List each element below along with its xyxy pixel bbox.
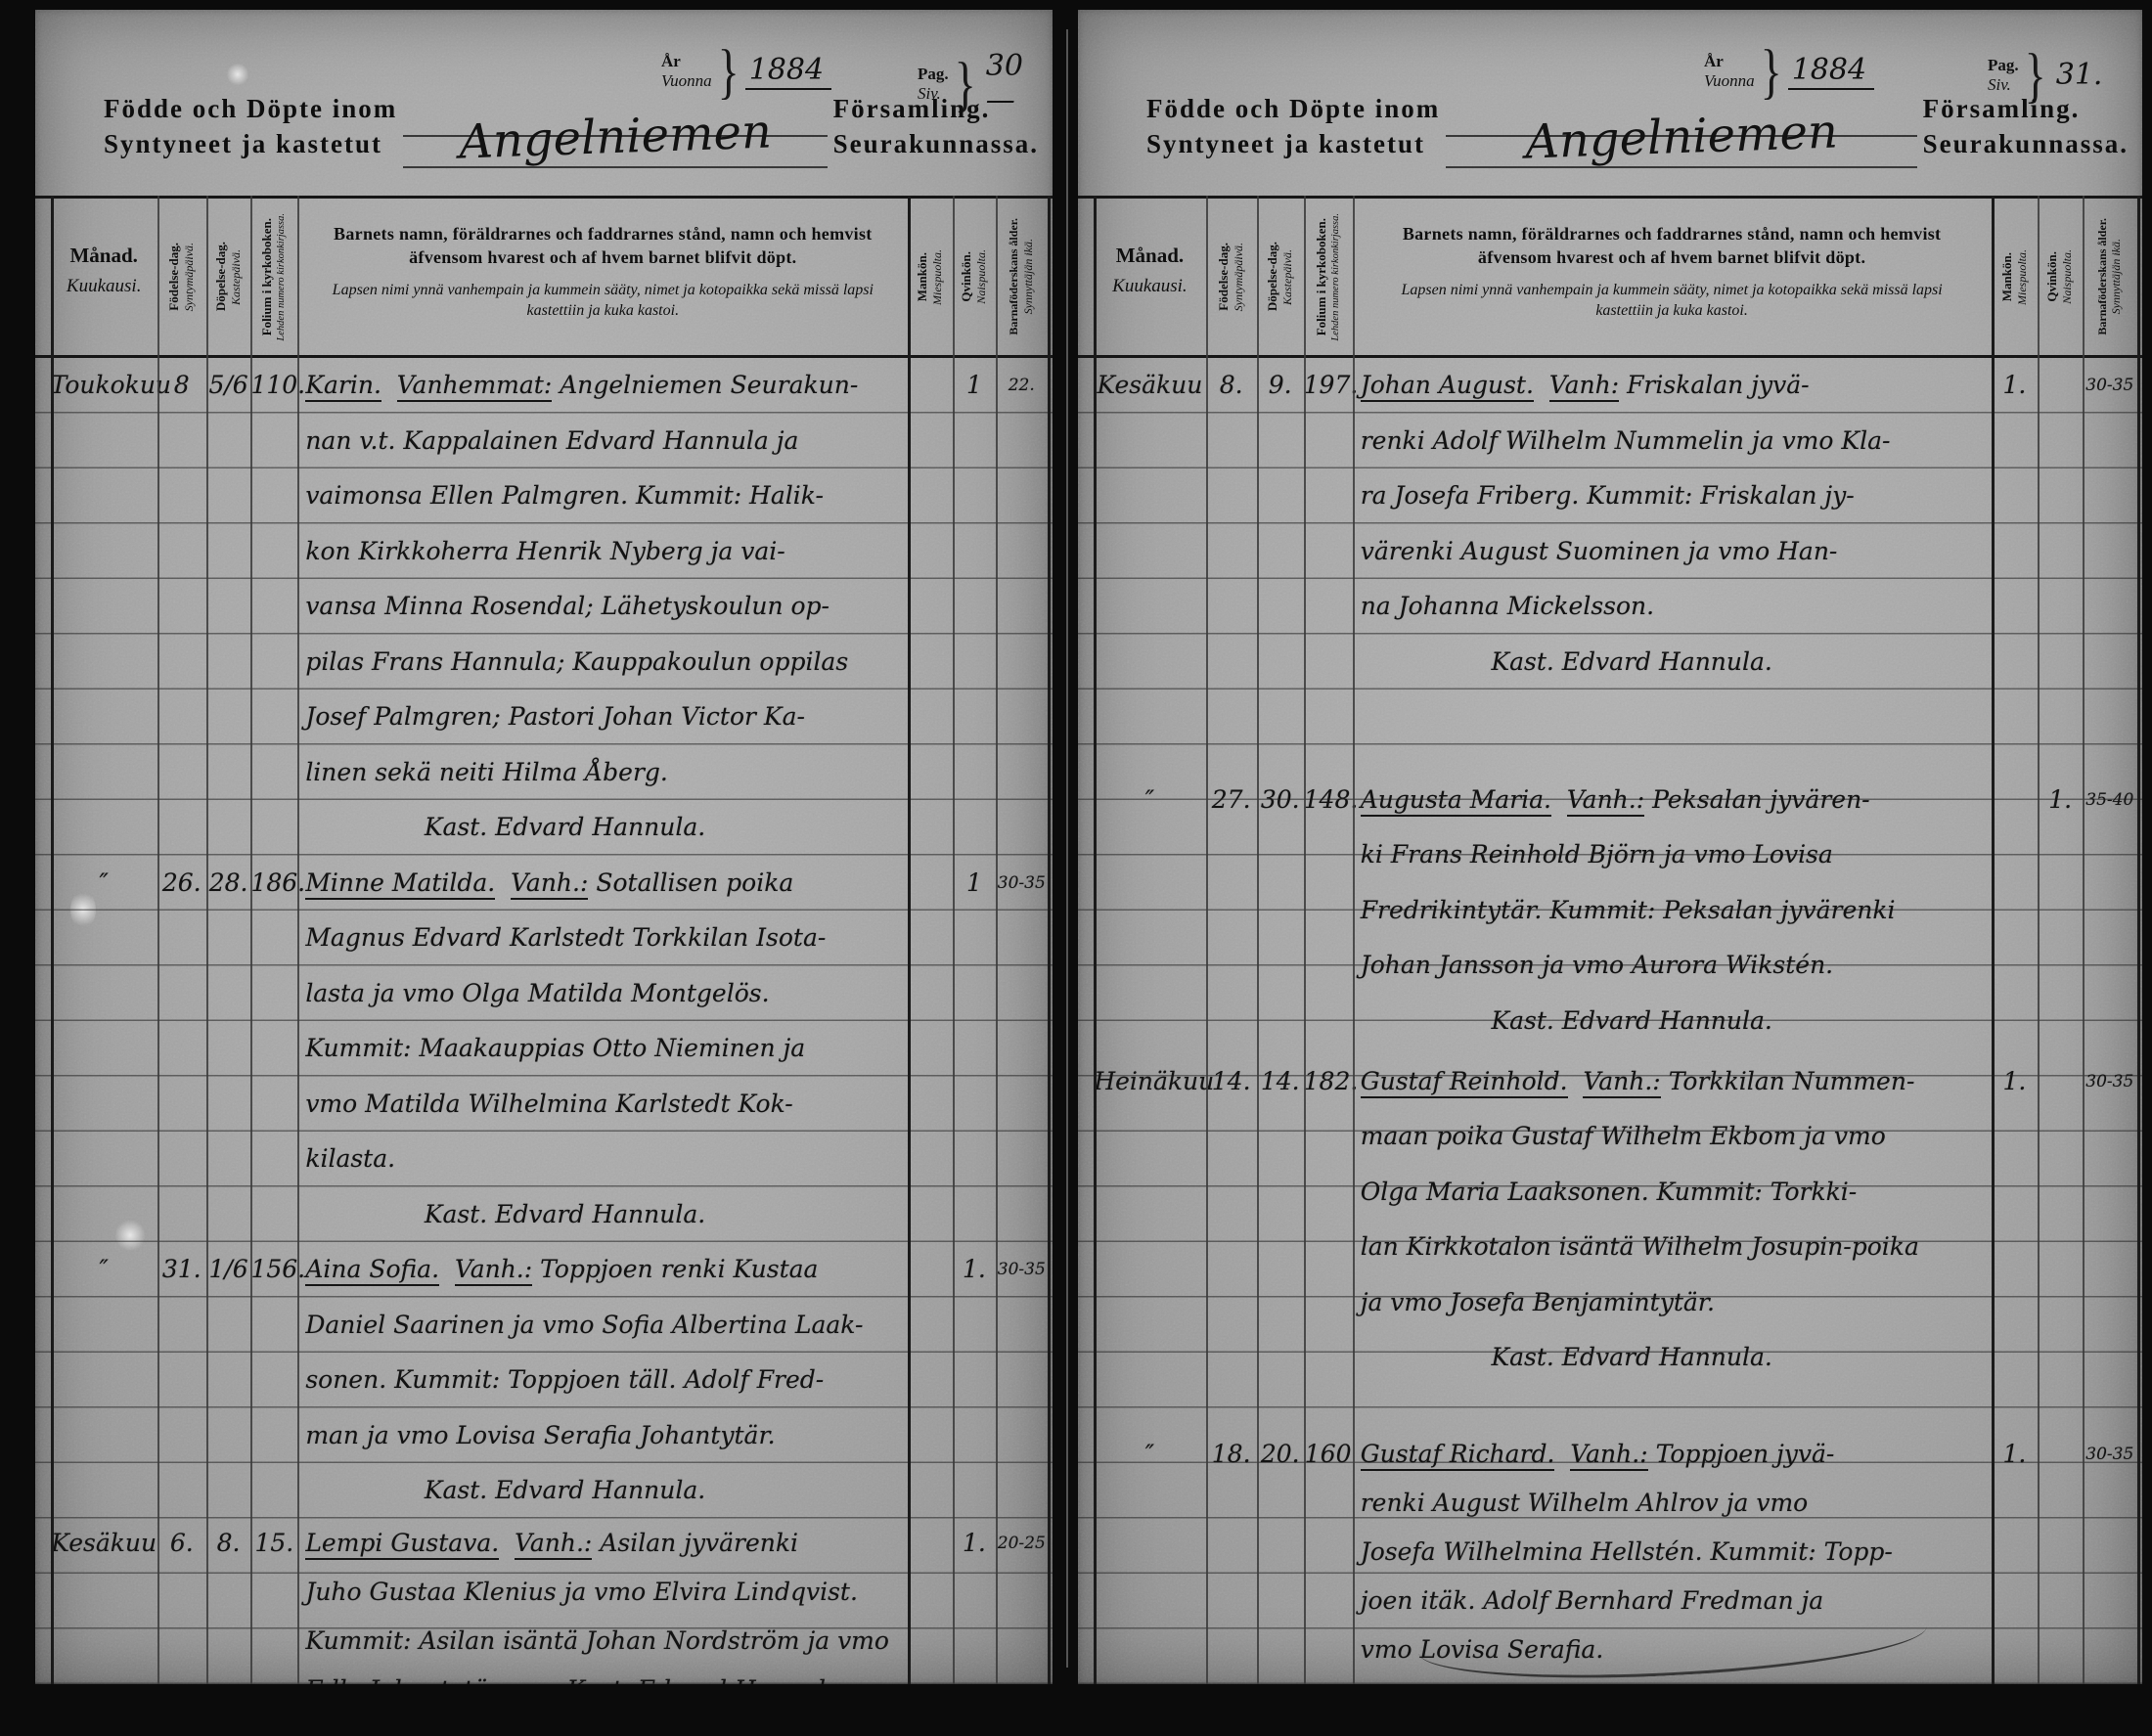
entry-line: man ja vmo Lovisa Serafia Johantytär. — [305, 1408, 916, 1464]
entry-line: Josef Palmgren; Pastori Johan Victor Ka- — [305, 690, 916, 745]
entry-line: ra Josefa Friberg. Kummit: Friskalan jy- — [1361, 468, 1999, 524]
page-label-sv: Pag. — [1988, 56, 2019, 75]
grid-line — [908, 196, 911, 1684]
register-scan: ÅrVuonna } 1884 Pag.Siv. } 30 — Födde oc… — [0, 0, 2152, 1736]
header-main-sv: Barnets namn, föräldrarnes och faddrarne… — [323, 222, 882, 270]
entry-birth-day: 18. — [1206, 1430, 1257, 1479]
grid-line — [51, 196, 54, 1684]
entry-line: Johan Jansson ja vmo Aurora Wikstén. — [1361, 938, 1999, 994]
header-main-fi: Lapsen nimi ynnä vanhempain ja kummein s… — [323, 280, 882, 322]
header-male: Mankön.Miespuolta. — [1992, 199, 2039, 355]
grid-line — [1048, 196, 1051, 1684]
entry-line: kilasta. — [305, 1132, 916, 1187]
entry-mother-age: 22. — [996, 358, 1048, 414]
grid-line — [1304, 196, 1306, 1684]
entry-month: Heinäkuu — [1094, 1054, 1205, 1110]
child-name: Aina Sofia. — [305, 1255, 439, 1286]
entry-folio: 160 — [1304, 1430, 1353, 1479]
year-label-sv: År — [661, 52, 681, 71]
register-table: Månad. Kuukausi. Födelse-dag.Syntymäpäiv… — [1078, 196, 2142, 1684]
grid-line — [1353, 196, 1355, 1684]
entry-mother-age: 30-35 — [2083, 1054, 2136, 1110]
entry-folio: 182. — [1304, 1054, 1353, 1110]
child-name: Lempi Gustava. — [305, 1529, 499, 1560]
register-page-right: ÅrVuonna } 1884 Pag.Siv. } 31. Födde och… — [1078, 10, 2142, 1684]
table-body: Toukokuu85/6110.122.Karin. Vanhemmat: An… — [35, 358, 1053, 1684]
header-folio: Folium i kyrkoboken.Lehden numero kirkon… — [250, 199, 297, 355]
entry-line: Kast. Edvard Hannula. — [305, 800, 916, 856]
entry-line: renki August Wilhelm Ahlrov ja vmo — [1361, 1479, 1999, 1528]
paper-speck — [227, 63, 248, 86]
blank-rule — [1446, 166, 1916, 168]
entry-month: Kesäkuu — [1094, 358, 1205, 414]
grid-line — [1206, 196, 1208, 1684]
entry-text: Johan August. Vanh: Friskalan jyvä-renki… — [1353, 358, 1999, 690]
entry-line: Fredrikintytär. Kummit: Peksalan jyvären… — [1361, 883, 1999, 939]
grid-line — [1992, 196, 1995, 1684]
header-baptism-day: Döpelse-dag.Kastepäivä. — [206, 199, 251, 355]
entry-female-count: 1 — [953, 358, 996, 414]
entry-female-count: 1 — [953, 856, 996, 912]
entry-line: Kast. Edvard Hannula. — [1361, 1330, 1999, 1386]
entry-line: Daniel Saarinen ja vmo Sofia Albertina L… — [305, 1298, 916, 1354]
entry-line: Edla Johantytär. Kast. Edvard Hannula. — [305, 1666, 916, 1685]
entry-line: Kummit: Maakauppias Otto Nieminen ja — [305, 1021, 916, 1077]
entry-month: ″ — [51, 856, 157, 912]
entry-text: Minne Matilda. Vanh.: Sotallisen poikaMa… — [297, 856, 916, 1243]
entry-folio: 156. — [250, 1242, 297, 1298]
header-main: Barnets namn, föräldrarnes och faddrarne… — [1353, 199, 1992, 355]
grid-line — [297, 196, 299, 1684]
title-sv: Födde och Döpte inom — [1146, 92, 1440, 127]
entry-mother-age: 35-40 — [2083, 773, 2136, 828]
register-table: Månad. Kuukausi. Födelse-dag.Syntymäpäiv… — [35, 196, 1053, 1684]
year-block: ÅrVuonna } 1884 — [1704, 45, 1874, 97]
parents-keyword: Vanh.: — [515, 1529, 592, 1560]
parents-keyword: Vanhemmat: — [397, 371, 552, 402]
entry-mother-age: 30-35 — [996, 1242, 1048, 1298]
grid-line — [206, 196, 208, 1684]
table-header: Månad. Kuukausi. Födelse-dag.Syntymäpäiv… — [35, 196, 1053, 358]
header-month-fi: Kuukausi. — [1094, 276, 1205, 297]
parents-keyword: Vanh.: — [455, 1255, 532, 1286]
entry-folio: 186. — [250, 856, 297, 912]
entry-birth-day: 14. — [1206, 1054, 1257, 1110]
year-block: ÅrVuonna } 1884 — [661, 45, 831, 97]
grid-line — [250, 196, 252, 1684]
header-main: Barnets namn, föräldrarnes och faddrarne… — [297, 199, 908, 355]
entry-line: lan Kirkkotalon isäntä Wilhelm Josupin-p… — [1361, 1220, 1999, 1275]
entry-text: Gustaf Reinhold. Vanh.: Torkkilan Nummen… — [1353, 1054, 1999, 1386]
year-label-sv: År — [1704, 52, 1724, 71]
entry-mother-age: 30-35 — [996, 856, 1048, 912]
header-birth-day: Födelse-dag.Syntymäpäivä. — [1206, 199, 1257, 355]
entry-folio: 148. — [1304, 773, 1353, 828]
header-female: Qvinkön.Naispuolta. — [2038, 199, 2083, 355]
grid-line — [157, 196, 159, 1684]
entry-folio: 15. — [250, 1519, 297, 1568]
entry-line: nan v.t. Kappalainen Edvard Hannula ja — [305, 414, 916, 469]
header-birth-day: Födelse-dag.Syntymäpäivä. — [157, 199, 206, 355]
entry-line: vmo Matilda Wilhelmina Karlstedt Kok- — [305, 1077, 916, 1133]
title-fi: Syntyneet ja kastetut — [104, 127, 397, 162]
entry-line: Olga Maria Laaksonen. Kummit: Torkki- — [1361, 1165, 1999, 1221]
entry-mother-age: 20-25 — [996, 1519, 1048, 1568]
title-labels-right: Församling. Seurakunnassa. — [1923, 92, 2129, 161]
grid-line — [2083, 196, 2085, 1684]
entry-female-count: 1. — [953, 1242, 996, 1298]
entry-baptism-day: 28. — [206, 856, 251, 912]
entry-baptism-day: 14. — [1257, 1054, 1304, 1110]
entry-baptism-day: 1/6 — [206, 1242, 251, 1298]
child-name: Minne Matilda. — [305, 868, 495, 900]
page-label-sv: Pag. — [918, 65, 949, 84]
header-month-fi: Kuukausi. — [51, 276, 157, 297]
child-name: Johan August. — [1361, 371, 1534, 402]
table-header: Månad. Kuukausi. Födelse-dag.Syntymäpäiv… — [1078, 196, 2142, 358]
entry-month: ″ — [1094, 1430, 1205, 1479]
entry-line: Kummit: Asilan isäntä Johan Nordström ja… — [305, 1617, 916, 1666]
title-labels-right: Församling. Seurakunnassa. — [833, 92, 1039, 161]
year-value: 1884 — [1788, 53, 1874, 90]
header-month: Månad. Kuukausi. — [1094, 199, 1205, 355]
entry-birth-day: 26. — [157, 856, 206, 912]
year-label-fi: Vuonna — [1704, 71, 1755, 91]
grid-line — [2038, 196, 2040, 1684]
parish-slot: Angelniemen — [1446, 92, 1916, 170]
entry-baptism-day: 9. — [1257, 358, 1304, 414]
entry-month: Kesäkuu — [51, 1519, 157, 1568]
page-title: Födde och Döpte inom Syntyneet ja kastet… — [104, 92, 1039, 170]
entry-line: värenki August Suominen ja vmo Han- — [1361, 524, 1999, 580]
entry-baptism-day: 8. — [206, 1519, 251, 1568]
parish-name: Angelniemen — [1524, 104, 1838, 169]
title-labels-left: Födde och Döpte inom Syntyneet ja kastet… — [104, 92, 397, 161]
header-female: Qvinkön.Naispuolta. — [953, 199, 996, 355]
grid-line — [1094, 196, 1097, 1684]
entry-line: joen itäk. Adolf Bernhard Fredman ja — [1361, 1577, 1999, 1625]
grid-line — [2137, 196, 2140, 1684]
entry-line: Juho Gustaa Klenius ja vmo Elvira Lindqv… — [305, 1568, 916, 1617]
header-main-sv: Barnets namn, föräldrarnes och faddrarne… — [1378, 222, 1966, 270]
entry-folio: 110. — [250, 358, 297, 414]
year-label-fi: Vuonna — [661, 71, 712, 91]
title-sv: Födde och Döpte inom — [104, 92, 397, 127]
header-month-sv: Månad. — [1094, 244, 1205, 268]
entry-line: Magnus Edvard Karlstedt Torkkilan Isota- — [305, 911, 916, 966]
entry-line: Josefa Wilhelmina Hellstén. Kummit: Topp… — [1361, 1528, 1999, 1577]
entry-baptism-day: 5/6 — [206, 358, 251, 414]
header-month-sv: Månad. — [51, 244, 157, 268]
entry-line: kon Kirkkoherra Henrik Nyberg ja vai- — [305, 524, 916, 580]
entry-birth-day: 6. — [157, 1519, 206, 1568]
parents-keyword: Vanh.: — [1570, 1440, 1647, 1471]
entry-folio: 197. — [1304, 358, 1353, 414]
entry-line: Kast. Edvard Hannula. — [1361, 994, 1999, 1049]
parish-name: Angelniemen — [458, 104, 772, 169]
entry-line: vmo Lovisa Serafia. — [1361, 1625, 1999, 1674]
entry-text: Karin. Vanhemmat: Angelniemen Seurakun-n… — [297, 358, 916, 856]
title-fi: Syntyneet ja kastetut — [1146, 127, 1440, 162]
grid-line — [1257, 196, 1259, 1684]
entry-line: lasta ja vmo Olga Matilda Montgelös. — [305, 966, 916, 1022]
entry-baptism-day: 20. — [1257, 1430, 1304, 1479]
entry-line: ki Frans Reinhold Björn ja vmo Lovisa — [1361, 827, 1999, 883]
entry-mother-age: 30-35 — [2083, 358, 2136, 414]
entry-line: sonen. Kummit: Toppjoen täll. Adolf Fred… — [305, 1353, 916, 1408]
entry-birth-day: 27. — [1206, 773, 1257, 828]
title-labels-left: Födde och Döpte inom Syntyneet ja kastet… — [1146, 92, 1440, 161]
header-male: Mankön.Miespuolta. — [908, 199, 953, 355]
entry-line: ja vmo Josefa Benjamintytär. — [1361, 1275, 1999, 1331]
entry-line: maan poika Gustaf Wilhelm Ekbom ja vmo — [1361, 1109, 1999, 1165]
entry-line: Kast. Edvard Hannula. — [305, 1463, 916, 1519]
entry-line: vansa Minna Rosendal; Lähetyskoulun op- — [305, 579, 916, 635]
year-value: 1884 — [745, 53, 831, 90]
entry-female-count: 1. — [953, 1519, 996, 1568]
header-baptism-day: Döpelse-dag.Kastepäivä. — [1257, 199, 1304, 355]
entry-birth-day: 8. — [1206, 358, 1257, 414]
entry-female-count: 1. — [2038, 773, 2083, 828]
entry-month: Toukokuu — [51, 358, 157, 414]
title-sv2: Församling. — [1923, 92, 2129, 127]
entry-text: Gustaf Richard. Vanh.: Toppjoen jyvä-ren… — [1353, 1430, 1999, 1684]
entry-mother-age: 30-35 — [2083, 1430, 2136, 1479]
title-fi2: Seurakunnassa. — [1923, 127, 2129, 162]
child-name: Augusta Maria. — [1361, 785, 1551, 817]
title-fi2: Seurakunnassa. — [833, 127, 1039, 162]
page-number-value: 31. — [2052, 58, 2111, 93]
entry-text: Aina Sofia. Vanh.: Toppjoen renki Kustaa… — [297, 1242, 916, 1519]
entry-month: ″ — [1094, 773, 1205, 828]
header-main-fi: Lapsen nimi ynnä vanhempain ja kummein s… — [1378, 280, 1966, 322]
parents-keyword: Vanh.: — [1583, 1067, 1660, 1098]
title-sv2: Församling. — [833, 92, 1039, 127]
child-name: Gustaf Richard. — [1361, 1440, 1555, 1471]
header-folio: Folium i kyrkoboken.Lehden numero kirkon… — [1304, 199, 1353, 355]
entry-text: Augusta Maria. Vanh.: Peksalan jyvären-k… — [1353, 773, 1999, 1049]
table-body: Kesäkuu8.9.197.1.30-35Johan August. Vanh… — [1078, 358, 2142, 1684]
book-gutter-crack — [1066, 29, 1068, 1668]
entry-line: linen sekä neiti Hilma Åberg. — [305, 745, 916, 801]
header-mother-age: Barnaföderskans ålder.Synnyttäjän ikä. — [996, 199, 1048, 355]
grid-line — [996, 196, 998, 1684]
parents-keyword: Vanh.: — [1567, 785, 1644, 817]
parents-keyword: Vanh.: — [511, 868, 588, 900]
child-name: Gustaf Reinhold. — [1361, 1067, 1568, 1098]
child-name: Karin. — [305, 371, 381, 402]
entry-line: Kast. Edvard Hannula. — [1361, 635, 1999, 690]
entry-line: pilas Frans Hannula; Kauppakoulun oppila… — [305, 635, 916, 690]
header-mother-age: Barnaföderskans ålder.Synnyttäjän ikä. — [2083, 199, 2136, 355]
entry-line: Kast. Edvard Hannula. — [305, 1187, 916, 1243]
entry-line: na Johanna Mickelsson. — [1361, 579, 1999, 635]
entry-month: ″ — [51, 1242, 157, 1298]
page-title: Födde och Döpte inom Syntyneet ja kastet… — [1146, 92, 2129, 170]
entry-line: vaimonsa Ellen Palmgren. Kummit: Halik- — [305, 468, 916, 524]
entry-text: Lempi Gustava. Vanh.: Asilan jyvärenkiJu… — [297, 1519, 916, 1685]
entry-line: renki Adolf Wilhelm Nummelin ja vmo Kla- — [1361, 414, 1999, 469]
parents-keyword: Vanh: — [1549, 371, 1619, 402]
entry-birth-day: 8 — [157, 358, 206, 414]
entry-baptism-day: 30. — [1257, 773, 1304, 828]
header-month: Månad. Kuukausi. — [51, 199, 157, 355]
grid-line — [953, 196, 955, 1684]
entry-birth-day: 31. — [157, 1242, 206, 1298]
entry-line: Kast. Edvard Hannula. — [1361, 1674, 1999, 1684]
register-page-left: ÅrVuonna } 1884 Pag.Siv. } 30 — Födde oc… — [35, 10, 1053, 1684]
parish-slot: Angelniemen — [403, 92, 827, 170]
